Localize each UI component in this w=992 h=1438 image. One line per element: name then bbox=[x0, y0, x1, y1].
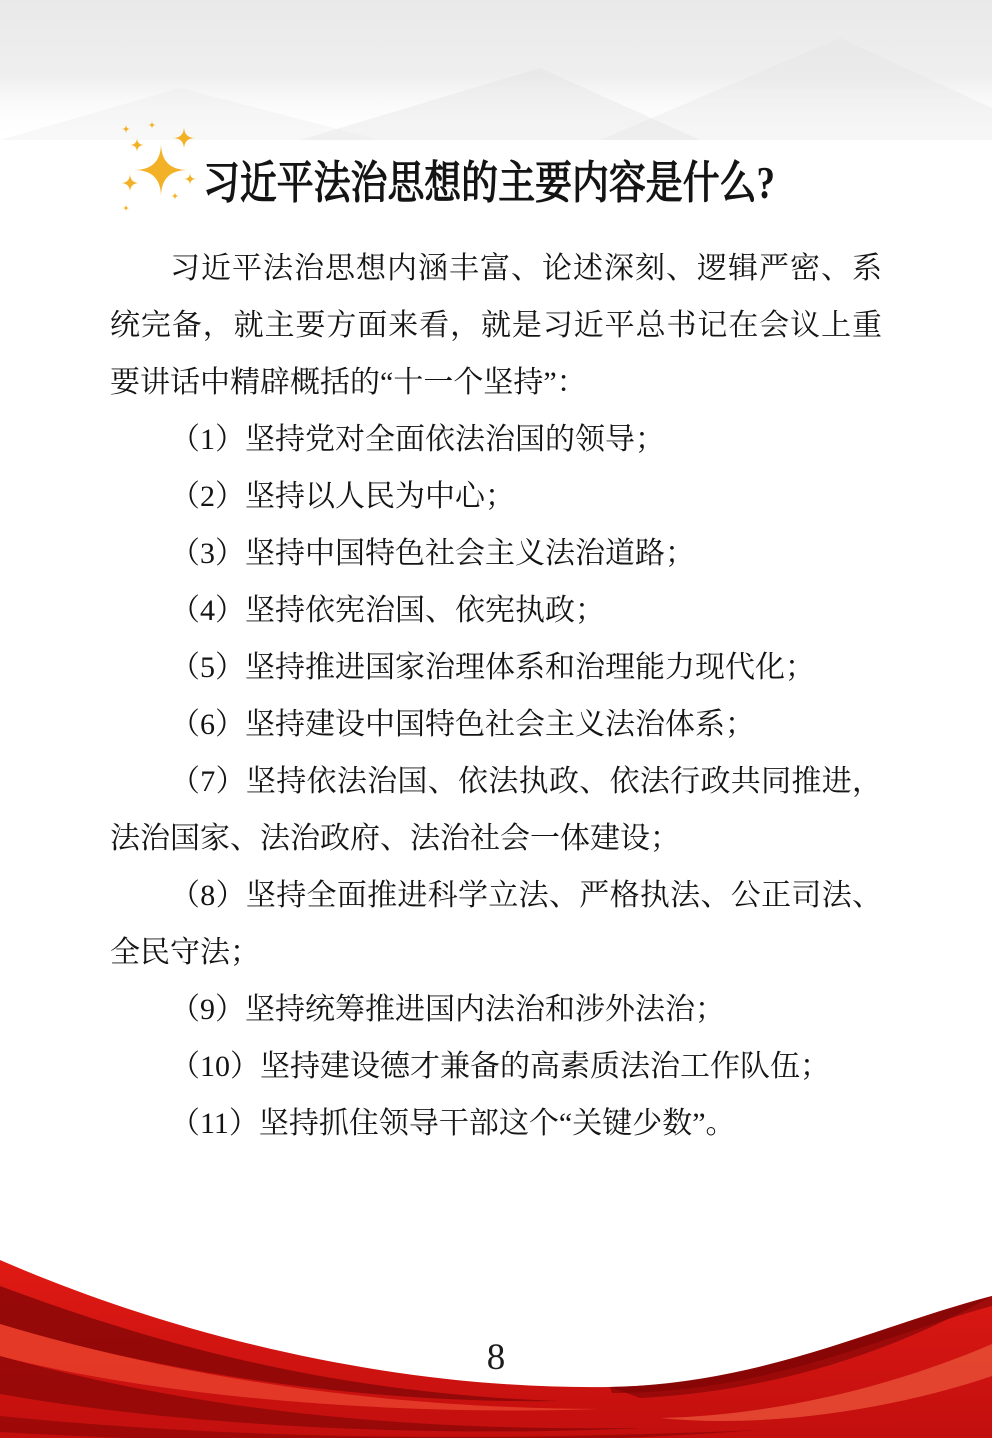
list-item: （9）坚持统筹推进国内法治和涉外法治； bbox=[110, 981, 882, 1038]
list-item: （10）坚持建设德才兼备的高素质法治工作队伍； bbox=[110, 1038, 882, 1095]
intro-paragraph: 习近平法治思想内涵丰富、论述深刻、逻辑严密、系统完备，就主要方面来看，就是习近平… bbox=[110, 240, 882, 411]
list-item: （3）坚持中国特色社会主义法治道路； bbox=[110, 525, 882, 582]
bullet-list: （1）坚持党对全面依法治国的领导；（2）坚持以人民为中心；（3）坚持中国特色社会… bbox=[110, 411, 882, 1152]
sparkle-icon bbox=[104, 116, 206, 222]
document-page: 习近平法治思想的主要内容是什么? 习近平法治思想内涵丰富、论述深刻、逻辑严密、系… bbox=[0, 0, 992, 1438]
page-number: 8 bbox=[0, 1336, 992, 1379]
list-item: （7）坚持依法治国、依法执政、依法行政共同推进，法治国家、法治政府、法治社会一体… bbox=[110, 753, 882, 867]
list-item: （2）坚持以人民为中心； bbox=[110, 468, 882, 525]
list-item: （1）坚持党对全面依法治国的领导； bbox=[110, 411, 882, 468]
list-item: （5）坚持推进国家治理体系和治理能力现代化； bbox=[110, 639, 882, 696]
list-item: （8）坚持全面推进科学立法、严格执法、公正司法、全民守法； bbox=[110, 867, 882, 981]
content-area: 习近平法治思想内涵丰富、论述深刻、逻辑严密、系统完备，就主要方面来看，就是习近平… bbox=[110, 240, 882, 1152]
list-item: （6）坚持建设中国特色社会主义法治体系； bbox=[110, 696, 882, 753]
list-item: （11）坚持抓住领导干部这个“关键少数”。 bbox=[110, 1095, 882, 1152]
red-ribbon-decoration bbox=[0, 1226, 992, 1438]
list-item: （4）坚持依宪治国、依宪执政； bbox=[110, 582, 882, 639]
page-title: 习近平法治思想的主要内容是什么? bbox=[203, 146, 775, 211]
